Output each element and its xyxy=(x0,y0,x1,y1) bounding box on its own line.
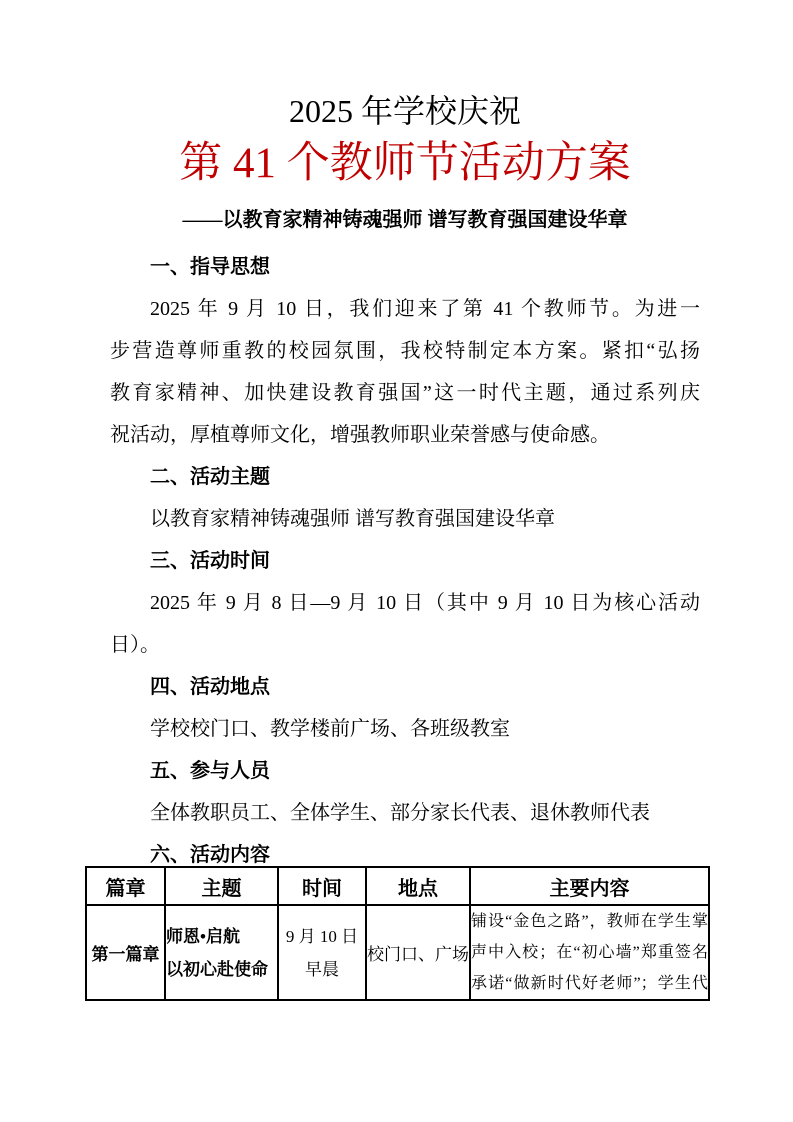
document-body: 2025 年学校庆祝 第 41 个教师节活动方案 ——以教育家精神铸魂强师 谱写… xyxy=(0,0,793,1001)
section-heading-3: 三、活动时间 xyxy=(110,540,700,582)
doc-title-line2: 第 41 个教师节活动方案 xyxy=(110,134,700,194)
body-line: 学校校门口、教学楼前广场、各班级教室 xyxy=(110,708,700,750)
table-header-content: 主要内容 xyxy=(470,867,709,905)
content-line: 声中入校；在“初心墙”郑重签名 xyxy=(471,937,708,968)
table-row: 第一篇章 师恩•启航 以初心赴使命 9 月 10 日 早晨 校门口、广场 铺设“… xyxy=(86,905,709,1000)
activity-table: 篇章 主题 时间 地点 主要内容 第一篇章 师恩•启航 以初心赴使命 9 月 1… xyxy=(85,866,710,1001)
cell-location: 校门口、广场 xyxy=(366,905,470,1000)
cell-theme: 师恩•启航 以初心赴使命 xyxy=(165,905,278,1000)
time-line: 9 月 10 日 xyxy=(279,920,365,953)
body-line: 2025 年 9 月 8 日—9 月 10 日（其中 9 月 10 日为核心活动 xyxy=(110,582,700,624)
time-line: 早晨 xyxy=(279,953,365,986)
section-heading-1: 一、指导思想 xyxy=(110,246,700,288)
section-heading-5: 五、参与人员 xyxy=(110,750,700,792)
theme-line: 以初心赴使命 xyxy=(166,953,277,986)
document-page: 2025 年学校庆祝 第 41 个教师节活动方案 ——以教育家精神铸魂强师 谱写… xyxy=(0,0,793,1122)
section-heading-2: 二、活动主题 xyxy=(110,456,700,498)
table-header-time: 时间 xyxy=(278,867,366,905)
body-line: 祝活动，厚植尊师文化，增强教师职业荣誉感与使命感。 xyxy=(110,414,700,456)
body-line: 日）。 xyxy=(110,624,700,666)
cell-main-content: 铺设“金色之路”，教师在学生掌 声中入校；在“初心墙”郑重签名 承诺“做新时代好… xyxy=(470,905,709,1000)
cell-chapter: 第一篇章 xyxy=(86,905,165,1000)
table-header-location: 地点 xyxy=(366,867,470,905)
body-line: 步营造尊师重教的校园氛围，我校特制定本方案。紧扣“弘扬 xyxy=(110,330,700,372)
body-line: 以教育家精神铸魂强师 谱写教育强国建设华章 xyxy=(110,498,700,540)
body-line: 2025 年 9 月 10 日，我们迎来了第 41 个教师节。为进一 xyxy=(110,288,700,330)
doc-subtitle: ——以教育家精神铸魂强师 谱写教育强国建设华章 xyxy=(110,194,700,246)
content-line: 铺设“金色之路”，教师在学生掌 xyxy=(471,906,708,937)
body-line: 教育家精神、加快建设教育强国”这一时代主题，通过系列庆 xyxy=(110,372,700,414)
content-line: 承诺“做新时代好老师”；学生代 xyxy=(471,968,708,999)
body-line: 全体教职员工、全体学生、部分家长代表、退休教师代表 xyxy=(110,792,700,834)
doc-title-line1: 2025 年学校庆祝 xyxy=(110,88,700,134)
section-heading-4: 四、活动地点 xyxy=(110,666,700,708)
cell-time: 9 月 10 日 早晨 xyxy=(278,905,366,1000)
theme-line: 师恩•启航 xyxy=(166,920,277,953)
